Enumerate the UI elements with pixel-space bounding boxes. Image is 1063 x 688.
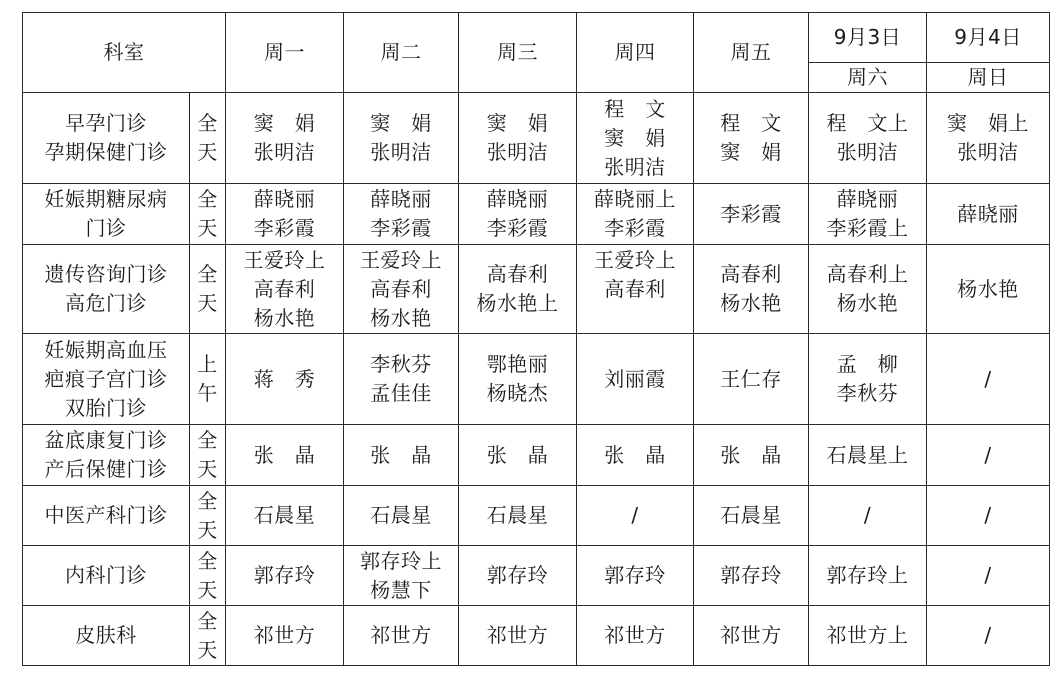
doctor-cell-fri: 程 文窦 娟: [694, 93, 809, 184]
doctor-name: 祁世方: [459, 621, 576, 650]
department-name-line: 产后保健门诊: [23, 455, 189, 484]
day-header-mon: 周一: [226, 13, 344, 93]
department-name-line: 妊娠期高血压: [23, 336, 189, 365]
doctor-cell-thu: /: [577, 486, 694, 546]
department-cell: 妊娠期糖尿病门诊: [23, 184, 190, 245]
doctor-cell-wed: 高春利杨水艳上: [459, 245, 577, 334]
doctor-name: 高春利: [344, 275, 458, 304]
session-label-line: 全: [190, 426, 225, 455]
day-header-tue: 周二: [344, 13, 459, 93]
doctor-name: 石晨星: [226, 501, 343, 530]
doctor-cell-mon: 蒋 秀: [226, 334, 344, 425]
doctor-name: 王爱玲上: [577, 246, 693, 275]
department-cell: 早孕门诊孕期保健门诊: [23, 93, 190, 184]
doctor-cell-sat: 高春利上杨水艳: [809, 245, 927, 334]
doctor-cell-mon: 王爱玲上高春利杨水艳: [226, 245, 344, 334]
doctor-name: 祁世方上: [809, 621, 926, 650]
doctor-name: 李彩霞: [459, 214, 576, 243]
table-row: 皮肤科全天祁世方祁世方祁世方祁世方祁世方祁世方上/: [23, 606, 1050, 666]
doctor-name: 张明洁: [577, 153, 693, 182]
session-label-line: 上: [190, 350, 225, 379]
doctor-cell-mon: 祁世方: [226, 606, 344, 666]
doctor-cell-fri: 王仁存: [694, 334, 809, 425]
table-row: 早孕门诊孕期保健门诊全天窦 娟张明洁窦 娟张明洁窦 娟张明洁程 文窦 娟张明洁程…: [23, 93, 1050, 184]
doctor-name: 郭存玲: [459, 561, 576, 590]
doctor-name: 郭存玲: [226, 561, 343, 590]
doctor-cell-wed: 窦 娟张明洁: [459, 93, 577, 184]
doctor-cell-sat: 石晨星上: [809, 425, 927, 486]
session-cell: 全天: [190, 425, 226, 486]
doctor-cell-fri: 石晨星: [694, 486, 809, 546]
doctor-name: 程 文: [577, 95, 693, 124]
doctor-name: 张 晶: [694, 441, 808, 470]
doctor-name: 祁世方: [344, 621, 458, 650]
doctor-cell-sun: /: [927, 606, 1050, 666]
doctor-cell-thu: 张 晶: [577, 425, 694, 486]
doctor-cell-sun: /: [927, 546, 1050, 606]
doctor-name: [577, 304, 693, 333]
doctor-name: 郭存玲: [694, 561, 808, 590]
session-cell: 全天: [190, 184, 226, 245]
doctor-name: 高春利上: [809, 260, 926, 289]
doctor-cell-sat: 祁世方上: [809, 606, 927, 666]
session-label-line: 全: [190, 487, 225, 516]
doctor-name: 程 文: [694, 109, 808, 138]
doctor-name: 孟 柳: [809, 350, 926, 379]
session-label-line: 天: [190, 138, 225, 167]
clinic-schedule-table: 科室 周一 周二 周三 周四 周五 9月3日 9月4日 周六 周日 早孕门诊孕期…: [22, 12, 1050, 666]
doctor-name: 王仁存: [694, 365, 808, 394]
doctor-cell-fri: 郭存玲: [694, 546, 809, 606]
day-header-sat: 周六: [809, 63, 927, 93]
session-label-line: 全: [190, 185, 225, 214]
department-cell: 内科门诊: [23, 546, 190, 606]
doctor-name: /: [927, 441, 1049, 470]
department-name-line: 妊娠期糖尿病: [23, 185, 189, 214]
doctor-cell-thu: 祁世方: [577, 606, 694, 666]
doctor-cell-tue: 窦 娟张明洁: [344, 93, 459, 184]
doctor-cell-sat: 郭存玲上: [809, 546, 927, 606]
doctor-name: 李彩霞: [344, 214, 458, 243]
session-label-line: 全: [190, 109, 225, 138]
doctor-cell-wed: 张 晶: [459, 425, 577, 486]
doctor-name: 窦 娟: [226, 109, 343, 138]
doctor-name: 蒋 秀: [226, 365, 343, 394]
doctor-name: 石晨星: [459, 501, 576, 530]
doctor-cell-sat: 薛晓丽李彩霞上: [809, 184, 927, 245]
doctor-cell-thu: 刘丽霞: [577, 334, 694, 425]
session-cell: 全天: [190, 606, 226, 666]
doctor-name: 高春利: [694, 260, 808, 289]
table-row: 中医产科门诊全天石晨星石晨星石晨星/石晨星//: [23, 486, 1050, 546]
doctor-cell-wed: 郭存玲: [459, 546, 577, 606]
session-label-line: 天: [190, 289, 225, 318]
doctor-name: 郭存玲上: [344, 547, 458, 576]
department-name-line: 中医产科门诊: [23, 501, 189, 530]
doctor-cell-mon: 张 晶: [226, 425, 344, 486]
doctor-name: 高春利: [459, 260, 576, 289]
doctor-name: 薛晓丽: [927, 200, 1049, 229]
session-cell: 全天: [190, 486, 226, 546]
session-label-line: 天: [190, 214, 225, 243]
session-label-line: 天: [190, 516, 225, 545]
doctor-cell-sat: /: [809, 486, 927, 546]
doctor-name: 王爱玲上: [344, 246, 458, 275]
doctor-name: 杨水艳: [694, 289, 808, 318]
doctor-name: 郭存玲: [577, 561, 693, 590]
header-row: 科室 周一 周二 周三 周四 周五 9月3日 9月4日: [23, 13, 1050, 63]
department-cell: 盆底康复门诊产后保健门诊: [23, 425, 190, 486]
date-header-sun: 9月4日: [927, 13, 1050, 63]
doctor-name: 李彩霞上: [809, 214, 926, 243]
doctor-name: /: [927, 561, 1049, 590]
doctor-name: 杨水艳上: [459, 289, 576, 318]
doctor-name: 张明洁: [226, 138, 343, 167]
doctor-cell-sun: 杨水艳: [927, 245, 1050, 334]
doctor-cell-sat: 孟 柳李秋芬: [809, 334, 927, 425]
doctor-name: 杨水艳: [809, 289, 926, 318]
doctor-cell-thu: 王爱玲上高春利: [577, 245, 694, 334]
doctor-cell-sat: 程 文上张明洁: [809, 93, 927, 184]
department-name-line: 孕期保健门诊: [23, 138, 189, 167]
doctor-name: 祁世方: [694, 621, 808, 650]
day-header-fri: 周五: [694, 13, 809, 93]
doctor-name: 薛晓丽: [226, 185, 343, 214]
department-name-line: 双胎门诊: [23, 394, 189, 423]
doctor-cell-fri: 李彩霞: [694, 184, 809, 245]
day-header-thu: 周四: [577, 13, 694, 93]
doctor-name: 窦 娟: [577, 124, 693, 153]
doctor-cell-mon: 窦 娟张明洁: [226, 93, 344, 184]
table-row: 内科门诊全天郭存玲郭存玲上杨慧下郭存玲郭存玲郭存玲郭存玲上/: [23, 546, 1050, 606]
session-label-line: 午: [190, 379, 225, 408]
table-row: 盆底康复门诊产后保健门诊全天张 晶张 晶张 晶张 晶张 晶石晨星上/: [23, 425, 1050, 486]
department-name-line: 早孕门诊: [23, 109, 189, 138]
session-label-line: 天: [190, 455, 225, 484]
day-header-wed: 周三: [459, 13, 577, 93]
doctor-cell-thu: 郭存玲: [577, 546, 694, 606]
doctor-name: 薛晓丽: [344, 185, 458, 214]
doctor-name: /: [927, 501, 1049, 530]
department-cell: 妊娠期高血压疤痕子宫门诊双胎门诊: [23, 334, 190, 425]
session-label-line: 全: [190, 547, 225, 576]
doctor-name: 杨水艳: [344, 304, 458, 333]
department-name-line: 门诊: [23, 214, 189, 243]
doctor-name: 李彩霞: [694, 200, 808, 229]
day-header-sun: 周日: [927, 63, 1050, 93]
doctor-cell-tue: 张 晶: [344, 425, 459, 486]
doctor-name: 石晨星: [694, 501, 808, 530]
session-label-line: 天: [190, 636, 225, 665]
doctor-name: 程 文上: [809, 109, 926, 138]
department-name-line: 盆底康复门诊: [23, 426, 189, 455]
session-cell: 上午: [190, 334, 226, 425]
doctor-name: 张明洁: [459, 138, 576, 167]
table-row: 妊娠期糖尿病门诊全天薛晓丽李彩霞薛晓丽李彩霞薛晓丽李彩霞薛晓丽上李彩霞李彩霞薛晓…: [23, 184, 1050, 245]
doctor-name: 鄂艳丽: [459, 350, 576, 379]
doctor-name: 张 晶: [226, 441, 343, 470]
doctor-name: 张明洁: [809, 138, 926, 167]
session-label-line: 全: [190, 607, 225, 636]
doctor-name: 李彩霞: [226, 214, 343, 243]
doctor-cell-tue: 郭存玲上杨慧下: [344, 546, 459, 606]
doctor-cell-sun: /: [927, 425, 1050, 486]
doctor-name: /: [927, 621, 1049, 650]
table-row: 遗传咨询门诊高危门诊全天王爱玲上高春利杨水艳王爱玲上高春利杨水艳高春利杨水艳上王…: [23, 245, 1050, 334]
doctor-cell-mon: 石晨星: [226, 486, 344, 546]
department-cell: 中医产科门诊: [23, 486, 190, 546]
doctor-name: 李彩霞: [577, 214, 693, 243]
session-cell: 全天: [190, 245, 226, 334]
doctor-name: /: [809, 501, 926, 530]
department-name-line: 遗传咨询门诊: [23, 260, 189, 289]
doctor-name: 李秋芬: [344, 350, 458, 379]
doctor-cell-mon: 薛晓丽李彩霞: [226, 184, 344, 245]
doctor-cell-tue: 石晨星: [344, 486, 459, 546]
doctor-name: 薛晓丽: [809, 185, 926, 214]
doctor-name: 孟佳佳: [344, 379, 458, 408]
doctor-name: 薛晓丽上: [577, 185, 693, 214]
doctor-name: 石晨星: [344, 501, 458, 530]
department-cell: 遗传咨询门诊高危门诊: [23, 245, 190, 334]
doctor-cell-mon: 郭存玲: [226, 546, 344, 606]
session-label-line: 全: [190, 260, 225, 289]
session-cell: 全天: [190, 93, 226, 184]
doctor-name: 刘丽霞: [577, 365, 693, 394]
doctor-name: 窦 娟: [459, 109, 576, 138]
doctor-name: 高春利: [577, 275, 693, 304]
doctor-cell-sun: /: [927, 334, 1050, 425]
doctor-cell-thu: 薛晓丽上李彩霞: [577, 184, 694, 245]
doctor-cell-tue: 王爱玲上高春利杨水艳: [344, 245, 459, 334]
doctor-name: 张明洁: [927, 138, 1049, 167]
doctor-cell-fri: 祁世方: [694, 606, 809, 666]
doctor-cell-wed: 鄂艳丽杨晓杰: [459, 334, 577, 425]
doctor-name: 杨晓杰: [459, 379, 576, 408]
doctor-name: 张 晶: [577, 441, 693, 470]
doctor-cell-wed: 祁世方: [459, 606, 577, 666]
doctor-name: 杨慧下: [344, 576, 458, 605]
doctor-name: 杨水艳: [226, 304, 343, 333]
doctor-name: 窦 娟: [694, 138, 808, 167]
doctor-name: /: [927, 365, 1049, 394]
doctor-name: /: [577, 501, 693, 530]
doctor-name: 祁世方: [226, 621, 343, 650]
date-header-sat: 9月3日: [809, 13, 927, 63]
doctor-cell-sun: 窦 娟上张明洁: [927, 93, 1050, 184]
doctor-name: 窦 娟: [344, 109, 458, 138]
table-row: 妊娠期高血压疤痕子宫门诊双胎门诊上午蒋 秀李秋芬孟佳佳鄂艳丽杨晓杰刘丽霞王仁存孟…: [23, 334, 1050, 425]
doctor-cell-tue: 薛晓丽李彩霞: [344, 184, 459, 245]
doctor-name: 高春利: [226, 275, 343, 304]
session-label-line: 天: [190, 576, 225, 605]
doctor-cell-tue: 祁世方: [344, 606, 459, 666]
doctor-cell-tue: 李秋芬孟佳佳: [344, 334, 459, 425]
doctor-name: 李秋芬: [809, 379, 926, 408]
department-header: 科室: [23, 13, 226, 93]
doctor-name: 薛晓丽: [459, 185, 576, 214]
doctor-cell-fri: 高春利杨水艳: [694, 245, 809, 334]
doctor-cell-thu: 程 文窦 娟张明洁: [577, 93, 694, 184]
doctor-cell-wed: 石晨星: [459, 486, 577, 546]
doctor-name: 窦 娟上: [927, 109, 1049, 138]
doctor-cell-sun: /: [927, 486, 1050, 546]
department-name-line: 皮肤科: [23, 621, 189, 650]
department-cell: 皮肤科: [23, 606, 190, 666]
doctor-cell-sun: 薛晓丽: [927, 184, 1050, 245]
doctor-name: 杨水艳: [927, 275, 1049, 304]
department-name-line: 高危门诊: [23, 289, 189, 318]
doctor-cell-fri: 张 晶: [694, 425, 809, 486]
session-cell: 全天: [190, 546, 226, 606]
doctor-name: 张明洁: [344, 138, 458, 167]
doctor-name: 祁世方: [577, 621, 693, 650]
doctor-name: 张 晶: [459, 441, 576, 470]
doctor-name: 石晨星上: [809, 441, 926, 470]
doctor-name: 郭存玲上: [809, 561, 926, 590]
doctor-name: 王爱玲上: [226, 246, 343, 275]
doctor-cell-wed: 薛晓丽李彩霞: [459, 184, 577, 245]
department-name-line: 疤痕子宫门诊: [23, 365, 189, 394]
department-name-line: 内科门诊: [23, 561, 189, 590]
doctor-name: 张 晶: [344, 441, 458, 470]
